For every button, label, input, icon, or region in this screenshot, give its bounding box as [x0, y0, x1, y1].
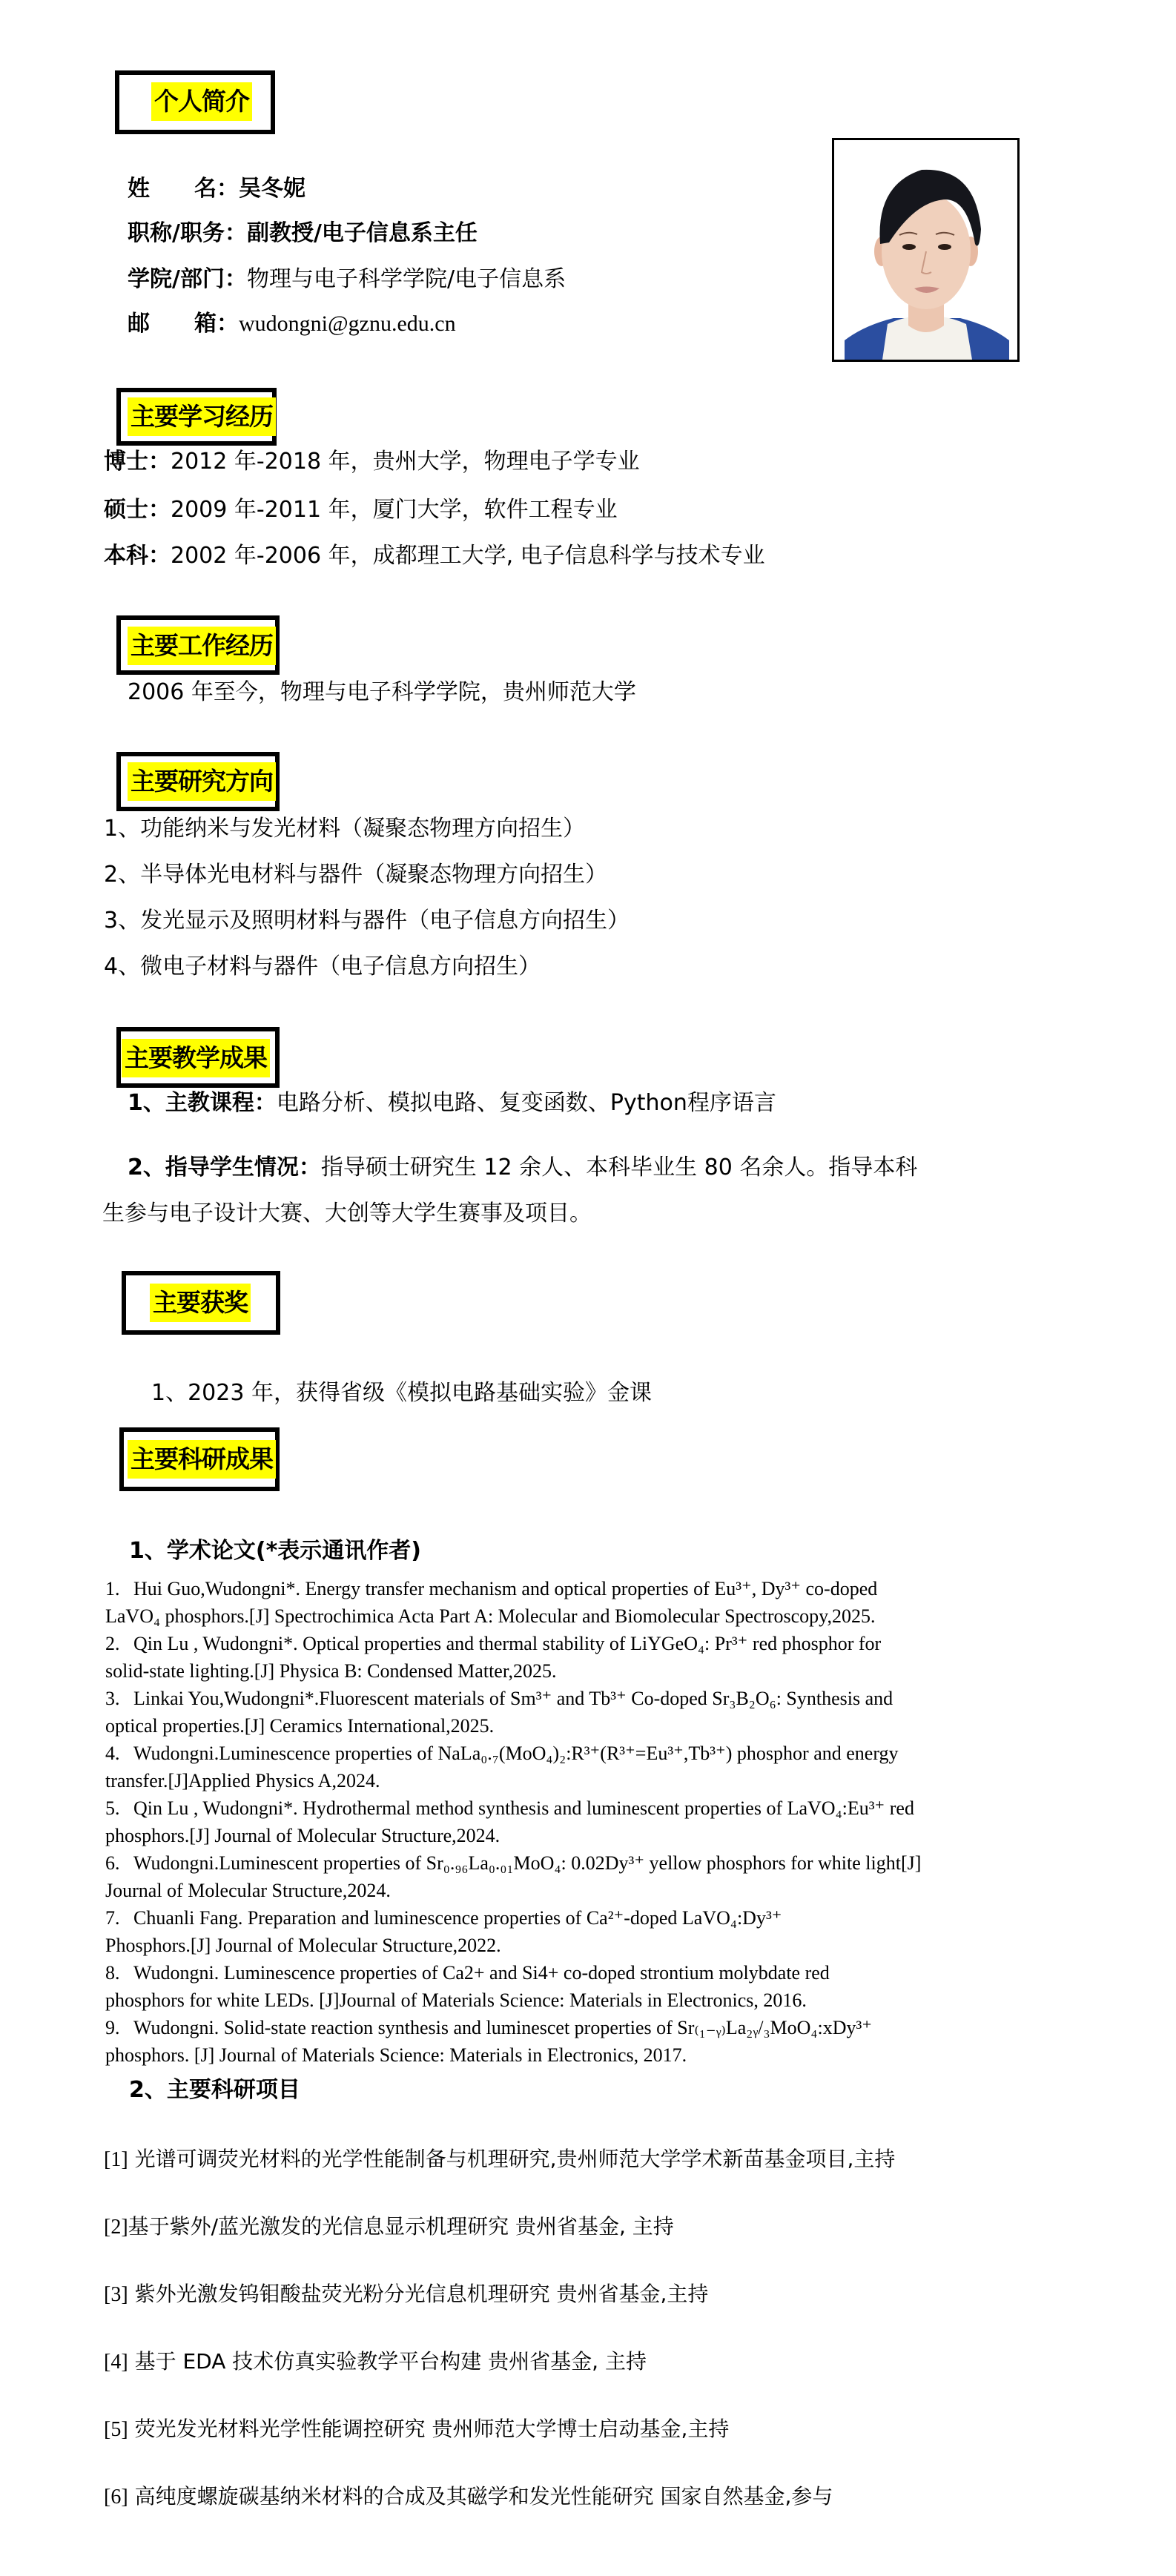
paper-text: Linkai You,Wudongni*.Fluorescent materia…	[133, 1688, 893, 1709]
project-item: [6] 高纯度螺旋碳基纳米材料的合成及其磁学和发光性能研究 国家自然基金,参与	[104, 2482, 833, 2512]
paper-item: 5.Qin Lu , Wudongni*. Hydrothermal metho…	[105, 1794, 1010, 1849]
section-title-teaching: 主要教学成果	[122, 1039, 270, 1077]
paper-text: Wudongni. Solid-state reaction synthesis…	[133, 2017, 872, 2038]
paper-text: Qin Lu , Wudongni*. Hydrothermal method …	[133, 1797, 914, 1819]
paper-text: Wudongni.Luminescent properties of Sr₀.₉…	[133, 1852, 921, 1874]
project-item: [2]基于紫外/蓝光激发的光信息显示机理研究 贵州省基金, 主持	[104, 2212, 674, 2242]
degree-label: 博士：	[104, 449, 171, 475]
dept-value: 物理与电子科学学院/电子信息系	[247, 266, 566, 292]
paper-item: 6.Wudongni.Luminescent properties of Sr₀…	[105, 1849, 1010, 1904]
name-label: 姓 名：	[128, 176, 239, 202]
paper-number: 3.	[105, 1685, 133, 1712]
project-item: [3] 紫外光激发钨钼酸盐荧光粉分光信息机理研究 贵州省基金,主持	[104, 2279, 708, 2310]
profile-dept-row: 学院/部门：物理与电子科学学院/电子信息系	[128, 265, 566, 294]
paper-item: 9.Wudongni. Solid-state reaction synthes…	[105, 2014, 1010, 2069]
paper-text: Wudongni. Luminescence properties of Ca2…	[133, 1962, 830, 1984]
paper-number: 2.	[105, 1630, 133, 1657]
title-label: 职称/职务：	[128, 220, 247, 246]
profile-title-row: 职称/职务：副教授/电子信息系主任	[128, 219, 478, 248]
degree-label: 硕士：	[104, 497, 171, 523]
paper-text: Wudongni.Luminescence properties of NaLa…	[133, 1743, 899, 1764]
portrait-photo	[832, 138, 1020, 362]
section-title-awards: 主要获奖	[150, 1284, 251, 1322]
project-text: 紫外光激发钨钼酸盐荧光粉分光信息机理研究 贵州省基金,主持	[135, 2282, 709, 2306]
project-index: [2]	[104, 2216, 128, 2239]
paper-number: 1.	[105, 1575, 133, 1602]
paper-item: 4.Wudongni.Luminescence properties of Na…	[105, 1740, 1010, 1794]
project-index: [5]	[104, 2418, 128, 2441]
project-item: [1] 光谱可调荧光材料的光学性能制备与机理研究,贵州师范大学学术新苗基金项目,…	[104, 2144, 895, 2175]
paper-number: 4.	[105, 1740, 133, 1767]
paper-list: 1.Hui Guo,Wudongni*. Energy transfer mec…	[105, 1575, 1010, 2069]
project-text: 荧光发光材料光学性能调控研究 贵州师范大学博士启动基金,主持	[135, 2417, 730, 2441]
profile-email-row: 邮 箱：wudongni@gznu.edu.cn	[128, 309, 456, 339]
teaching-students: 2、指导学生情况：指导硕士研究生 12 余人、本科毕业生 80 名余人。指导本科	[128, 1153, 917, 1183]
project-text: 光谱可调荧光材料的光学性能制备与机理研究,贵州师范大学学术新苗基金项目,主持	[135, 2147, 896, 2171]
paper-item: 7.Chuanli Fang. Preparation and luminesc…	[105, 1904, 1010, 1959]
research-direction-item: 2、半导体光电材料与器件（凝聚态物理方向招生）	[104, 860, 607, 890]
courses-value: 电路分析、模拟电路、复变函数、Python程序语言	[277, 1090, 776, 1116]
paper-number: 8.	[105, 1959, 133, 1987]
paper-item: 2.Qin Lu , Wudongni*. Optical properties…	[105, 1630, 1010, 1685]
project-item: [5] 荧光发光材料光学性能调控研究 贵州师范大学博士启动基金,主持	[104, 2414, 729, 2445]
project-index: [6]	[104, 2486, 128, 2509]
paper-text: Journal of Molecular Structure,2024.	[105, 1880, 391, 1901]
paper-number: 5.	[105, 1794, 133, 1822]
paper-item: 3.Linkai You,Wudongni*.Fluorescent mater…	[105, 1685, 1010, 1740]
research-direction-item: 1、功能纳米与发光材料（凝聚态物理方向招生）	[104, 814, 585, 844]
education-item: 本科：2002 年-2006 年，成都理工大学, 电子信息科学与技术专业	[104, 541, 765, 571]
project-text: 高纯度螺旋碳基纳米材料的合成及其磁学和发光性能研究 国家自然基金,参与	[135, 2484, 833, 2509]
papers-heading: 1、学术论文(*表示通讯作者)	[129, 1536, 421, 1566]
paper-text: Chuanli Fang. Preparation and luminescen…	[133, 1907, 782, 1929]
paper-text: phosphors.[J] Journal of Molecular Struc…	[105, 1825, 500, 1846]
research-direction-item: 4、微电子材料与器件（电子信息方向招生）	[104, 952, 541, 982]
paper-item: 8.Wudongni. Luminescence properties of C…	[105, 1959, 1010, 2014]
section-title-research-results: 主要科研成果	[128, 1440, 276, 1479]
paper-text: Qin Lu , Wudongni*. Optical properties a…	[133, 1633, 881, 1654]
project-text: 基于 EDA 技术仿真实验教学平台构建 贵州省基金, 主持	[135, 2349, 647, 2374]
section-title-work: 主要工作经历	[128, 627, 276, 665]
email-label: 邮 箱：	[128, 311, 239, 337]
teaching-students-cont: 生参与电子设计大赛、大创等大学生赛事及项目。	[102, 1199, 592, 1229]
dept-label: 学院/部门：	[128, 266, 247, 292]
education-item: 硕士：2009 年-2011 年，厦门大学，软件工程专业	[104, 495, 618, 525]
paper-number: 6.	[105, 1849, 133, 1877]
students-value: 指导硕士研究生 12 余人、本科毕业生 80 名余人。指导本科	[321, 1155, 918, 1180]
email-value: wudongni@gznu.edu.cn	[239, 311, 456, 336]
work-item: 2006 年至今，物理与电子科学学院，贵州师范大学	[128, 678, 636, 707]
paper-text: transfer.[J]Applied Physics A,2024.	[105, 1770, 380, 1791]
education-item: 博士：2012 年-2018 年，贵州大学，物理电子学专业	[104, 447, 640, 477]
degree-value: 2012 年-2018 年，贵州大学，物理电子学专业	[171, 449, 640, 475]
research-direction-item: 3、发光显示及照明材料与器件（电子信息方向招生）	[104, 906, 630, 936]
paper-text: optical properties.[J] Ceramics Internat…	[105, 1715, 494, 1737]
portrait-image	[834, 140, 1017, 360]
profile-name-row: 姓 名：吴冬妮	[128, 174, 305, 204]
section-title-profile: 个人简介	[151, 82, 252, 121]
project-text: 基于紫外/蓝光激发的光信息显示机理研究 贵州省基金, 主持	[128, 2214, 674, 2239]
degree-value: 2009 年-2011 年，厦门大学，软件工程专业	[171, 497, 618, 523]
paper-text: phosphors for white LEDs. [J]Journal of …	[105, 1989, 807, 2011]
paper-text: Phosphors.[J] Journal of Molecular Struc…	[105, 1935, 501, 1956]
section-title-research: 主要研究方向	[128, 762, 276, 801]
paper-number: 7.	[105, 1904, 133, 1932]
courses-label: 1、主教课程：	[128, 1090, 277, 1116]
paper-item: 1.Hui Guo,Wudongni*. Energy transfer mec…	[105, 1575, 1010, 1630]
title-value: 副教授/电子信息系主任	[247, 220, 478, 246]
award-item: 1、2023 年，获得省级《模拟电路基础实验》金课	[151, 1378, 652, 1408]
project-item: [4] 基于 EDA 技术仿真实验教学平台构建 贵州省基金, 主持	[104, 2347, 647, 2377]
paper-text: LaVO₄ phosphors.[J] Spectrochimica Acta …	[105, 1605, 875, 1627]
paper-text: phosphors. [J] Journal of Materials Scie…	[105, 2044, 687, 2066]
project-index: [1]	[104, 2148, 128, 2171]
paper-number: 9.	[105, 2014, 133, 2041]
name-value: 吴冬妮	[239, 176, 305, 202]
section-title-education: 主要学习经历	[128, 397, 276, 436]
projects-heading: 2、主要科研项目	[129, 2075, 300, 2105]
paper-text: Hui Guo,Wudongni*. Energy transfer mecha…	[133, 1578, 877, 1599]
project-index: [3]	[104, 2283, 128, 2306]
teaching-courses: 1、主教课程：电路分析、模拟电路、复变函数、Python程序语言	[128, 1089, 776, 1118]
project-index: [4]	[104, 2351, 128, 2374]
paper-text: solid-state lighting.[J] Physica B: Cond…	[105, 1660, 556, 1682]
degree-label: 本科：	[104, 543, 171, 569]
degree-value: 2002 年-2006 年，成都理工大学, 电子信息科学与技术专业	[171, 543, 765, 569]
students-label: 2、指导学生情况：	[128, 1155, 321, 1180]
